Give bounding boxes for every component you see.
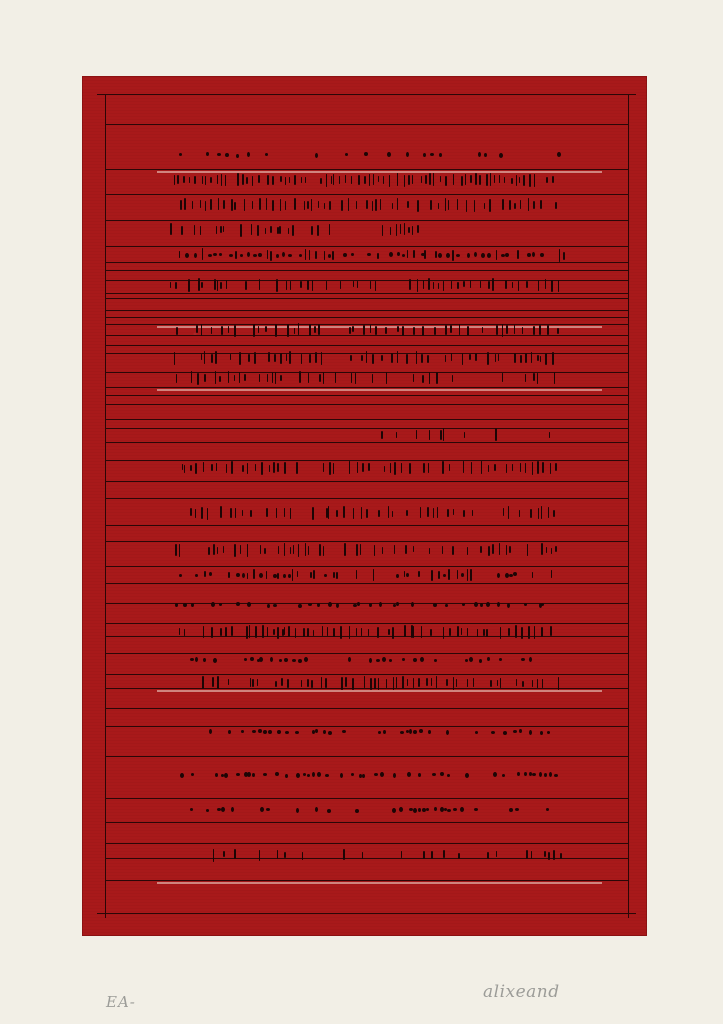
horizontal-line [105, 124, 628, 125]
ink-mark [228, 572, 230, 578]
ink-mark [546, 547, 547, 553]
ink-mark [284, 852, 286, 858]
horizontal-line [105, 708, 628, 709]
ink-mark [453, 677, 454, 690]
ink-mark [498, 354, 499, 361]
ink-mark [343, 849, 345, 860]
horizontal-line [105, 317, 628, 318]
ink-mark [254, 352, 256, 364]
ink-mark [210, 177, 212, 183]
ink-mark [404, 625, 406, 637]
ink-mark [539, 325, 541, 335]
ink-mark [467, 547, 468, 555]
ink-mark [531, 851, 532, 859]
ink-mark [450, 325, 452, 333]
ink-mark [555, 463, 557, 471]
ink-mark [447, 509, 449, 517]
ink-mark [520, 463, 521, 472]
ink-mark [488, 465, 489, 472]
ink-mark [281, 678, 283, 686]
horizontal-line [105, 419, 628, 420]
ink-mark [443, 850, 445, 858]
ink-mark [213, 849, 214, 862]
ink-mark [272, 200, 274, 211]
ink-mark [202, 248, 203, 260]
ink-mark [462, 603, 465, 606]
horizontal-line [105, 756, 628, 757]
ink-mark [509, 574, 513, 577]
ink-mark [552, 352, 554, 365]
ink-mark [364, 176, 366, 184]
ink-mark [484, 153, 487, 157]
ink-mark [402, 658, 405, 661]
ink-mark [413, 374, 414, 382]
ink-mark [458, 853, 460, 859]
ink-mark [311, 680, 313, 688]
ink-mark [188, 279, 190, 292]
ink-mark [470, 175, 472, 183]
ink-mark [494, 464, 496, 471]
horizontal-line [105, 324, 628, 325]
ink-mark [314, 326, 316, 333]
ink-mark [183, 603, 187, 607]
horizontal-line [105, 387, 628, 388]
horizontal-line [105, 298, 628, 299]
horizontal-line [105, 636, 628, 637]
ink-mark [268, 730, 272, 734]
ink-mark [216, 226, 217, 234]
ink-mark [407, 201, 409, 208]
ink-mark [211, 464, 213, 471]
horizontal-line [105, 498, 628, 499]
ink-mark [277, 463, 279, 472]
ink-mark [408, 227, 410, 233]
ink-mark [230, 354, 231, 360]
ink-mark [282, 252, 285, 257]
ink-mark [511, 178, 513, 184]
ink-mark [537, 373, 538, 384]
ink-mark [545, 279, 546, 289]
ink-mark [400, 224, 401, 234]
ink-mark [497, 680, 498, 686]
ink-mark [416, 351, 417, 364]
ink-mark [487, 852, 489, 859]
ink-mark [523, 175, 525, 186]
ink-mark [307, 280, 309, 290]
ink-mark [522, 681, 524, 687]
ink-mark [465, 659, 468, 662]
ink-mark [417, 279, 418, 292]
ink-mark [457, 199, 458, 210]
frame-left-line [105, 94, 106, 918]
ink-mark [244, 658, 247, 661]
ink-mark [179, 153, 182, 156]
ink-mark [267, 250, 268, 259]
ink-mark [268, 352, 270, 362]
ink-mark [492, 544, 494, 554]
ink-mark [273, 462, 275, 473]
ink-mark [197, 373, 199, 385]
ink-mark [272, 372, 273, 383]
horizontal-line [105, 310, 628, 311]
horizontal-line [105, 541, 628, 542]
ink-mark [548, 852, 550, 860]
ink-mark [211, 627, 213, 638]
ink-mark [211, 354, 213, 363]
ink-mark [343, 506, 345, 518]
ink-mark [180, 200, 182, 210]
ink-mark [496, 250, 497, 260]
ink-mark [220, 506, 222, 518]
ink-mark [518, 281, 519, 291]
horizontal-line [105, 246, 628, 247]
ink-mark [495, 354, 496, 362]
ink-mark [220, 628, 222, 636]
ink-mark [516, 679, 517, 686]
ink-mark [432, 773, 436, 776]
ink-mark [234, 325, 236, 337]
ink-mark [525, 353, 527, 363]
ink-mark [265, 153, 268, 156]
ink-mark [499, 175, 500, 183]
ink-mark [456, 254, 460, 257]
ink-mark [303, 628, 305, 637]
ink-mark [560, 853, 562, 859]
ink-mark [540, 253, 544, 257]
ink-mark [552, 176, 554, 183]
ink-mark [228, 730, 231, 734]
ink-mark [284, 462, 286, 474]
ink-mark [353, 281, 354, 287]
ink-mark [293, 545, 294, 554]
red-print-plate [82, 76, 647, 936]
horizontal-line [105, 194, 628, 195]
ink-mark [420, 507, 421, 518]
ink-mark [397, 326, 399, 332]
ink-mark [530, 509, 532, 518]
edition-mark: EA- [106, 993, 136, 1011]
ink-mark [267, 175, 269, 185]
ink-mark [176, 327, 178, 335]
ink-mark [438, 203, 439, 209]
ink-mark [327, 627, 328, 636]
ink-mark [409, 463, 411, 474]
ink-mark [528, 626, 530, 639]
ink-mark [225, 153, 229, 157]
ink-mark [265, 228, 266, 234]
ink-mark [406, 354, 408, 364]
ink-mark [283, 574, 286, 578]
ink-mark [336, 572, 338, 579]
ink-mark [325, 678, 327, 688]
ink-mark [319, 544, 321, 556]
ink-mark [228, 326, 229, 333]
ink-mark [235, 508, 236, 518]
ink-mark [322, 626, 323, 636]
ink-mark [459, 324, 460, 335]
ink-mark [489, 199, 491, 212]
ink-mark [308, 603, 312, 606]
ink-mark [321, 352, 322, 365]
ink-mark [332, 251, 334, 260]
horizontal-line [105, 345, 628, 346]
ink-mark [479, 175, 481, 185]
ink-mark [509, 200, 511, 210]
ink-mark [406, 510, 408, 516]
ink-mark [328, 602, 332, 607]
ink-mark [237, 173, 239, 186]
ink-mark [315, 251, 317, 259]
horizontal-line [105, 623, 628, 624]
ink-mark [323, 372, 324, 384]
ink-mark [559, 249, 560, 262]
ink-mark [429, 548, 430, 554]
ink-mark [292, 659, 296, 662]
ink-mark [499, 658, 502, 661]
ink-mark [550, 626, 552, 636]
horizontal-line [105, 404, 628, 405]
ink-mark [462, 353, 463, 365]
ink-mark [431, 678, 432, 686]
ink-mark [555, 546, 557, 552]
ink-mark [540, 200, 542, 209]
horizontal-line [105, 442, 628, 443]
ink-mark [383, 176, 384, 184]
ink-mark [555, 202, 557, 209]
ink-mark [351, 176, 352, 184]
ink-mark [392, 203, 393, 209]
ink-mark [264, 548, 266, 554]
ink-mark [423, 153, 426, 157]
ink-mark [546, 808, 549, 811]
ink-mark [393, 677, 394, 690]
ink-mark [500, 627, 501, 639]
ink-mark [290, 281, 291, 290]
ink-mark [313, 630, 314, 636]
ink-mark [177, 175, 179, 184]
ink-mark [537, 461, 539, 474]
ink-mark [247, 602, 251, 607]
ink-mark [253, 569, 255, 579]
ink-mark [348, 198, 349, 211]
ink-mark [416, 430, 417, 439]
ink-mark [528, 198, 529, 211]
ink-mark [425, 175, 427, 184]
ink-mark [378, 510, 380, 517]
ink-mark [372, 354, 374, 364]
ink-mark [277, 850, 278, 859]
ink-mark [421, 354, 423, 363]
ink-mark [202, 676, 204, 689]
ink-mark [549, 432, 550, 438]
ink-mark [387, 152, 391, 157]
ink-mark [277, 627, 279, 639]
ink-mark [436, 372, 438, 384]
ink-mark [258, 253, 262, 257]
ink-mark [312, 730, 315, 734]
ink-mark [258, 175, 260, 183]
horizontal-line [105, 169, 628, 170]
ink-mark [553, 510, 555, 517]
ink-mark [521, 627, 523, 639]
horizontal-line [105, 481, 628, 482]
ink-mark [445, 325, 447, 335]
ink-mark [217, 280, 218, 291]
ink-mark [351, 373, 352, 383]
ink-mark [539, 772, 542, 777]
ink-mark [526, 850, 528, 859]
ink-mark [356, 544, 358, 556]
ink-mark [506, 464, 507, 473]
ink-mark [304, 201, 305, 210]
ink-mark [532, 680, 533, 687]
ink-mark [296, 773, 300, 778]
ink-mark [431, 570, 433, 581]
ink-mark [448, 200, 449, 210]
ink-mark [385, 327, 387, 334]
ink-mark [521, 658, 525, 661]
ink-mark [461, 573, 464, 577]
ink-mark [340, 773, 343, 778]
horizontal-line [105, 220, 628, 221]
ink-mark [404, 571, 405, 577]
ink-mark [336, 603, 339, 608]
ink-mark [431, 851, 433, 859]
ink-mark [360, 544, 361, 555]
ink-mark [508, 628, 510, 636]
ink-mark [438, 571, 440, 579]
ink-mark [429, 173, 431, 185]
ink-mark [298, 544, 299, 557]
ink-mark [467, 628, 468, 636]
ink-mark [374, 545, 375, 556]
ink-mark [220, 226, 222, 233]
horizontal-line [105, 674, 628, 675]
horizontal-line [105, 270, 628, 271]
ink-mark [315, 807, 318, 812]
ink-mark [405, 545, 407, 554]
ink-mark [423, 280, 424, 289]
ink-mark [423, 851, 425, 859]
ink-mark [217, 676, 219, 689]
ink-mark [381, 431, 383, 439]
ink-mark [397, 252, 400, 256]
ink-mark [203, 626, 204, 638]
ink-mark [368, 463, 370, 471]
ink-mark [221, 174, 222, 186]
ink-mark [287, 324, 289, 337]
ink-mark [384, 466, 385, 472]
ink-mark [198, 278, 200, 291]
horizontal-line [105, 262, 628, 263]
ink-mark [509, 546, 511, 553]
ink-mark [301, 177, 302, 183]
ink-mark [389, 659, 392, 662]
ink-mark [249, 625, 250, 638]
ink-mark [223, 226, 224, 232]
ink-mark [285, 201, 286, 210]
ink-mark [211, 327, 212, 334]
ink-mark [505, 253, 509, 257]
ink-mark [223, 851, 225, 857]
ink-mark [223, 546, 224, 553]
ink-mark [413, 678, 414, 688]
ink-mark [527, 544, 528, 556]
ink-mark [439, 153, 442, 157]
horizontal-line [105, 843, 628, 844]
horizontal-line [105, 726, 628, 727]
horizontal-line [105, 335, 628, 336]
horizontal-line [105, 798, 628, 799]
ink-mark [267, 374, 268, 382]
ink-mark [491, 731, 495, 734]
ink-mark [286, 354, 287, 361]
ink-mark [207, 508, 208, 520]
ink-mark [201, 354, 202, 360]
horizontal-line [105, 428, 628, 429]
ink-mark [273, 629, 275, 635]
horizontal-line [97, 94, 636, 95]
ink-mark [422, 808, 426, 812]
horizontal-line [105, 880, 628, 881]
ink-mark [496, 325, 498, 335]
ink-mark [382, 547, 383, 554]
ink-mark [551, 548, 552, 554]
ink-mark [452, 546, 454, 555]
ink-mark [463, 510, 465, 517]
ink-mark [289, 351, 291, 364]
ink-mark [260, 545, 261, 554]
ink-mark [557, 328, 559, 334]
ink-mark [467, 253, 470, 258]
ink-mark [534, 626, 535, 639]
ink-mark [240, 224, 242, 237]
ink-mark [363, 325, 365, 335]
ink-mark [457, 570, 458, 579]
ink-mark [299, 254, 302, 257]
ink-mark [240, 545, 241, 554]
ink-mark [481, 253, 485, 258]
ink-mark [350, 355, 352, 361]
ink-mark [541, 543, 543, 555]
ink-mark [558, 677, 559, 690]
ink-mark [446, 253, 450, 258]
ink-mark [212, 677, 214, 687]
ink-mark [307, 628, 309, 637]
ink-mark [175, 603, 178, 607]
ink-mark [467, 569, 468, 581]
artist-signature: alixeand [483, 982, 560, 1002]
ink-mark [465, 773, 469, 778]
ink-mark [374, 678, 376, 689]
ink-mark [352, 678, 354, 690]
ink-mark [194, 176, 196, 184]
ink-mark [364, 676, 365, 688]
ink-mark [341, 200, 343, 211]
ink-mark [201, 507, 203, 519]
ink-mark [486, 629, 488, 637]
ink-mark [490, 173, 491, 186]
ink-mark [215, 351, 217, 364]
ink-mark [309, 250, 310, 260]
ink-mark [349, 461, 350, 474]
ink-mark [527, 253, 531, 257]
ink-mark [285, 177, 286, 185]
ink-mark [448, 569, 450, 580]
ink-mark [443, 627, 444, 639]
ink-mark [329, 462, 331, 475]
ink-mark [273, 604, 277, 607]
